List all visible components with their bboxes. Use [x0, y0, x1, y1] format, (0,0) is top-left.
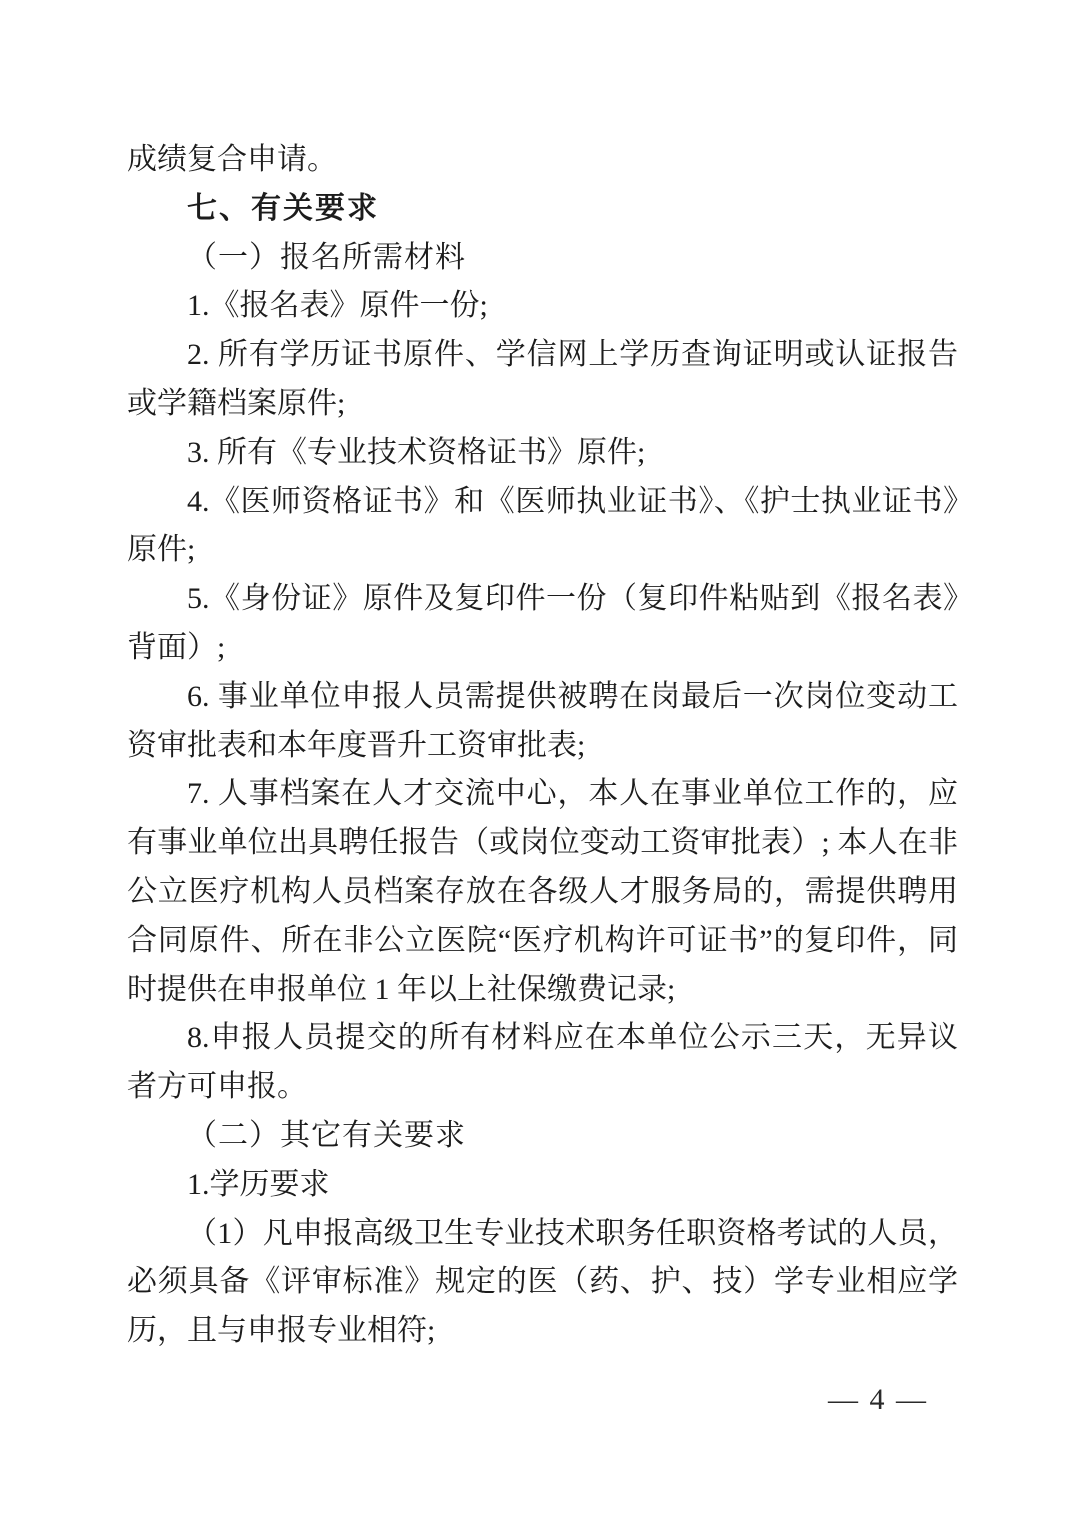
page-number: — 4 —	[828, 1383, 928, 1417]
subsection-heading-other-requirements: （二）其它有关要求	[127, 1112, 958, 1161]
list-item-education-detail: （1）凡申报高级卫生专业技术职务任职资格考试的人员，必须具备《评审标准》规定的医…	[127, 1210, 958, 1356]
list-item-6: 6. 事业单位申报人员需提供被聘在岗最后一次岗位变动工资审批表和本年度晋升工资审…	[127, 673, 958, 771]
document-body: 成绩复合申请。 七、有关要求 （一）报名所需材料 1.《报名表》原件一份; 2.…	[127, 136, 958, 1356]
subsection-heading-materials: （一）报名所需材料	[127, 234, 958, 283]
section-heading-requirements: 七、有关要求	[127, 185, 958, 234]
list-item-2: 2. 所有学历证书原件、学信网上学历查询证明或认证报告或学籍档案原件;	[127, 331, 958, 429]
paragraph-continuation: 成绩复合申请。	[127, 136, 958, 185]
list-item-4: 4.《医师资格证书》和《医师执业证书》、《护士执业证书》原件;	[127, 478, 958, 576]
list-item-8: 8.申报人员提交的所有材料应在本单位公示三天，无异议者方可申报。	[127, 1014, 958, 1112]
document-page: 成绩复合申请。 七、有关要求 （一）报名所需材料 1.《报名表》原件一份; 2.…	[0, 0, 1080, 1527]
list-item-education-requirement: 1.学历要求	[127, 1161, 958, 1210]
list-item-3: 3. 所有《专业技术资格证书》原件;	[127, 429, 958, 478]
list-item-1: 1.《报名表》原件一份;	[127, 282, 958, 331]
list-item-7: 7. 人事档案在人才交流中心，本人在事业单位工作的，应有事业单位出具聘任报告（或…	[127, 770, 958, 1014]
list-item-5: 5.《身份证》原件及复印件一份（复印件粘贴到《报名表》背面）;	[127, 575, 958, 673]
